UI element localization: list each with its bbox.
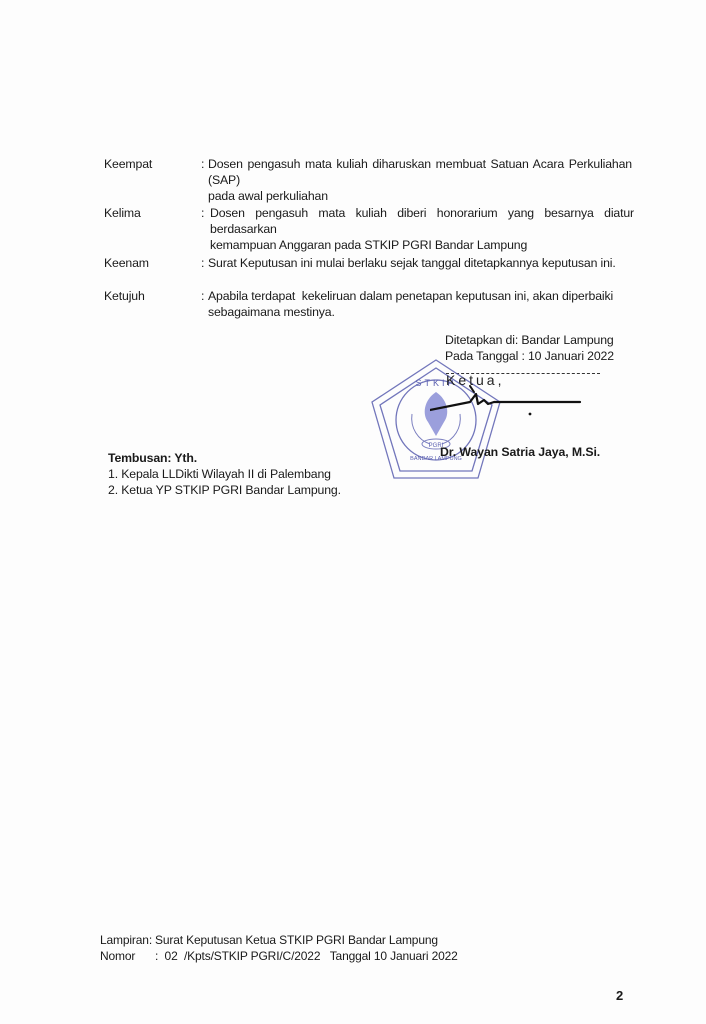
clause-line: Dosen pengasuh mata kuliah diberi honora…	[210, 205, 634, 237]
clause-line: Apabila terdapat kekeliruan dalam peneta…	[208, 288, 632, 304]
clause-colon: :	[201, 255, 204, 271]
lampiran-label: Lampiran:	[100, 932, 155, 948]
clause-text: Apabila terdapat kekeliruan dalam peneta…	[208, 288, 632, 320]
clause-label: Ketujuh	[104, 288, 145, 304]
tembusan-item: 2. Ketua YP STKIP PGRI Bandar Lampung.	[108, 482, 341, 498]
clause-line: Dosen pengasuh mata kuliah diharuskan me…	[208, 156, 632, 188]
clause-label: Kelima	[104, 205, 141, 221]
document-page: Keempat : Dosen pengasuh mata kuliah dih…	[0, 0, 706, 1024]
clause-text: Dosen pengasuh mata kuliah diberi honora…	[210, 205, 634, 253]
clause-label: Keenam	[104, 255, 149, 271]
ditetapkan-di: Ditetapkan di: Bandar Lampung	[445, 332, 614, 348]
nomor-value: : 02 /Kpts/STKIP PGRI/C/2022 Tanggal 10 …	[155, 949, 458, 963]
clause-line: sebagaimana mestinya.	[208, 304, 632, 320]
page-number: 2	[616, 988, 623, 1003]
clause-text: Dosen pengasuh mata kuliah diharuskan me…	[208, 156, 632, 204]
clause-colon: :	[201, 156, 204, 172]
clause-colon: :	[201, 288, 204, 304]
lampiran-value: Surat Keputusan Ketua STKIP PGRI Bandar …	[155, 933, 438, 947]
signatory-name: Dr. Wayan Satria Jaya, M.Si.	[440, 445, 600, 459]
clause-label: Keempat	[104, 156, 152, 172]
tembusan-heading: Tembusan: Yth.	[108, 450, 341, 466]
clause-line: Surat Keputusan ini mulai berlaku sejak …	[208, 255, 632, 271]
clause-text: Surat Keputusan ini mulai berlaku sejak …	[208, 255, 632, 271]
tembusan-section: Tembusan: Yth. 1. Kepala LLDikti Wilayah…	[108, 450, 341, 498]
signature-icon	[430, 380, 590, 440]
tembusan-item: 1. Kepala LLDikti Wilayah II di Palemban…	[108, 466, 341, 482]
lampiran-section: Lampiran:Surat Keputusan Ketua STKIP PGR…	[100, 932, 458, 964]
clause-colon: :	[201, 205, 204, 221]
clause-line: kemampuan Anggaran pada STKIP PGRI Banda…	[210, 237, 634, 253]
nomor-label: Nomor	[100, 948, 155, 964]
clause-line: pada awal perkuliahan	[208, 188, 632, 204]
